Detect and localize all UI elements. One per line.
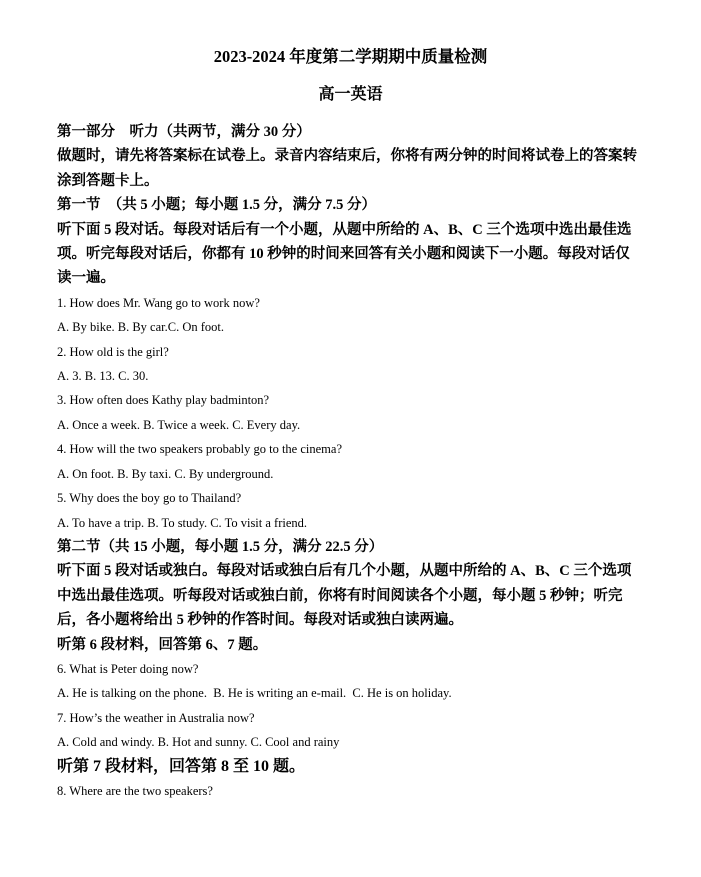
- question-8: 8. Where are the two speakers?: [57, 779, 661, 803]
- question-6: 6. What is Peter doing now?: [57, 657, 661, 681]
- question-3: 3. How often does Kathy play badminton?: [57, 388, 661, 412]
- exam-subject: 高一英语: [0, 84, 701, 106]
- material-7-heading: 听第 7 段材料，回答第 8 至 10 题。: [57, 755, 661, 779]
- section1-instructions-line-2: 项。听完每段对话后，你都有 10 秒钟的时间来回答有关小题和阅读下一小题。每段对…: [57, 242, 661, 266]
- section2-heading: 第二节（共 15 小题，每小题 1.5 分，满分 22.5 分）: [57, 535, 661, 559]
- exam-paper-page: 2023-2024 年度第二学期期中质量检测 高一英语 第一部分 听力（共两节，…: [0, 0, 701, 877]
- question-7-options: A. Cold and windy. B. Hot and sunny. C. …: [57, 730, 661, 754]
- question-2: 2. How old is the girl?: [57, 340, 661, 364]
- question-4-options: A. On foot. B. By taxi. C. By undergroun…: [57, 462, 661, 486]
- section2-instructions-line-3: 后，各小题将给出 5 秒钟的作答时间。每段对话或独白读两遍。: [57, 608, 661, 632]
- exam-title: 2023-2024 年度第二学期期中质量检测: [0, 46, 701, 68]
- question-3-options: A. Once a week. B. Twice a week. C. Ever…: [57, 413, 661, 437]
- material-6-heading: 听第 6 段材料，回答第 6、7 题。: [57, 633, 661, 657]
- question-1-options: A. By bike. B. By car.C. On foot.: [57, 315, 661, 339]
- section1-instructions-line-3: 读一遍。: [57, 266, 661, 290]
- part1-heading: 第一部分 听力（共两节，满分 30 分）: [57, 120, 661, 144]
- section2-instructions-line-2: 中选出最佳选项。听每段对话或独白前，你将有时间阅读各个小题，每小题 5 秒钟；听…: [57, 584, 661, 608]
- question-1: 1. How does Mr. Wang go to work now?: [57, 291, 661, 315]
- question-7: 7. How’s the weather in Australia now?: [57, 706, 661, 730]
- section1-heading: 第一节 （共 5 小题；每小题 1.5 分，满分 7.5 分）: [57, 193, 661, 217]
- part1-note-line-2: 涂到答题卡上。: [57, 169, 661, 193]
- question-2-options: A. 3. B. 13. C. 30.: [57, 364, 661, 388]
- section2-instructions-line-1: 听下面 5 段对话或独白。每段对话或独白后有几个小题，从题中所给的 A、B、C …: [57, 559, 661, 583]
- question-5: 5. Why does the boy go to Thailand?: [57, 486, 661, 510]
- question-6-options: A. He is talking on the phone. B. He is …: [57, 681, 661, 705]
- section1-instructions-line-1: 听下面 5 段对话。每段对话后有一个小题，从题中所给的 A、B、C 三个选项中选…: [57, 218, 661, 242]
- part1-note-line-1: 做题时，请先将答案标在试卷上。录音内容结束后，你将有两分钟的时间将试卷上的答案转: [57, 144, 661, 168]
- question-4: 4. How will the two speakers probably go…: [57, 437, 661, 461]
- question-5-options: A. To have a trip. B. To study. C. To vi…: [57, 511, 661, 535]
